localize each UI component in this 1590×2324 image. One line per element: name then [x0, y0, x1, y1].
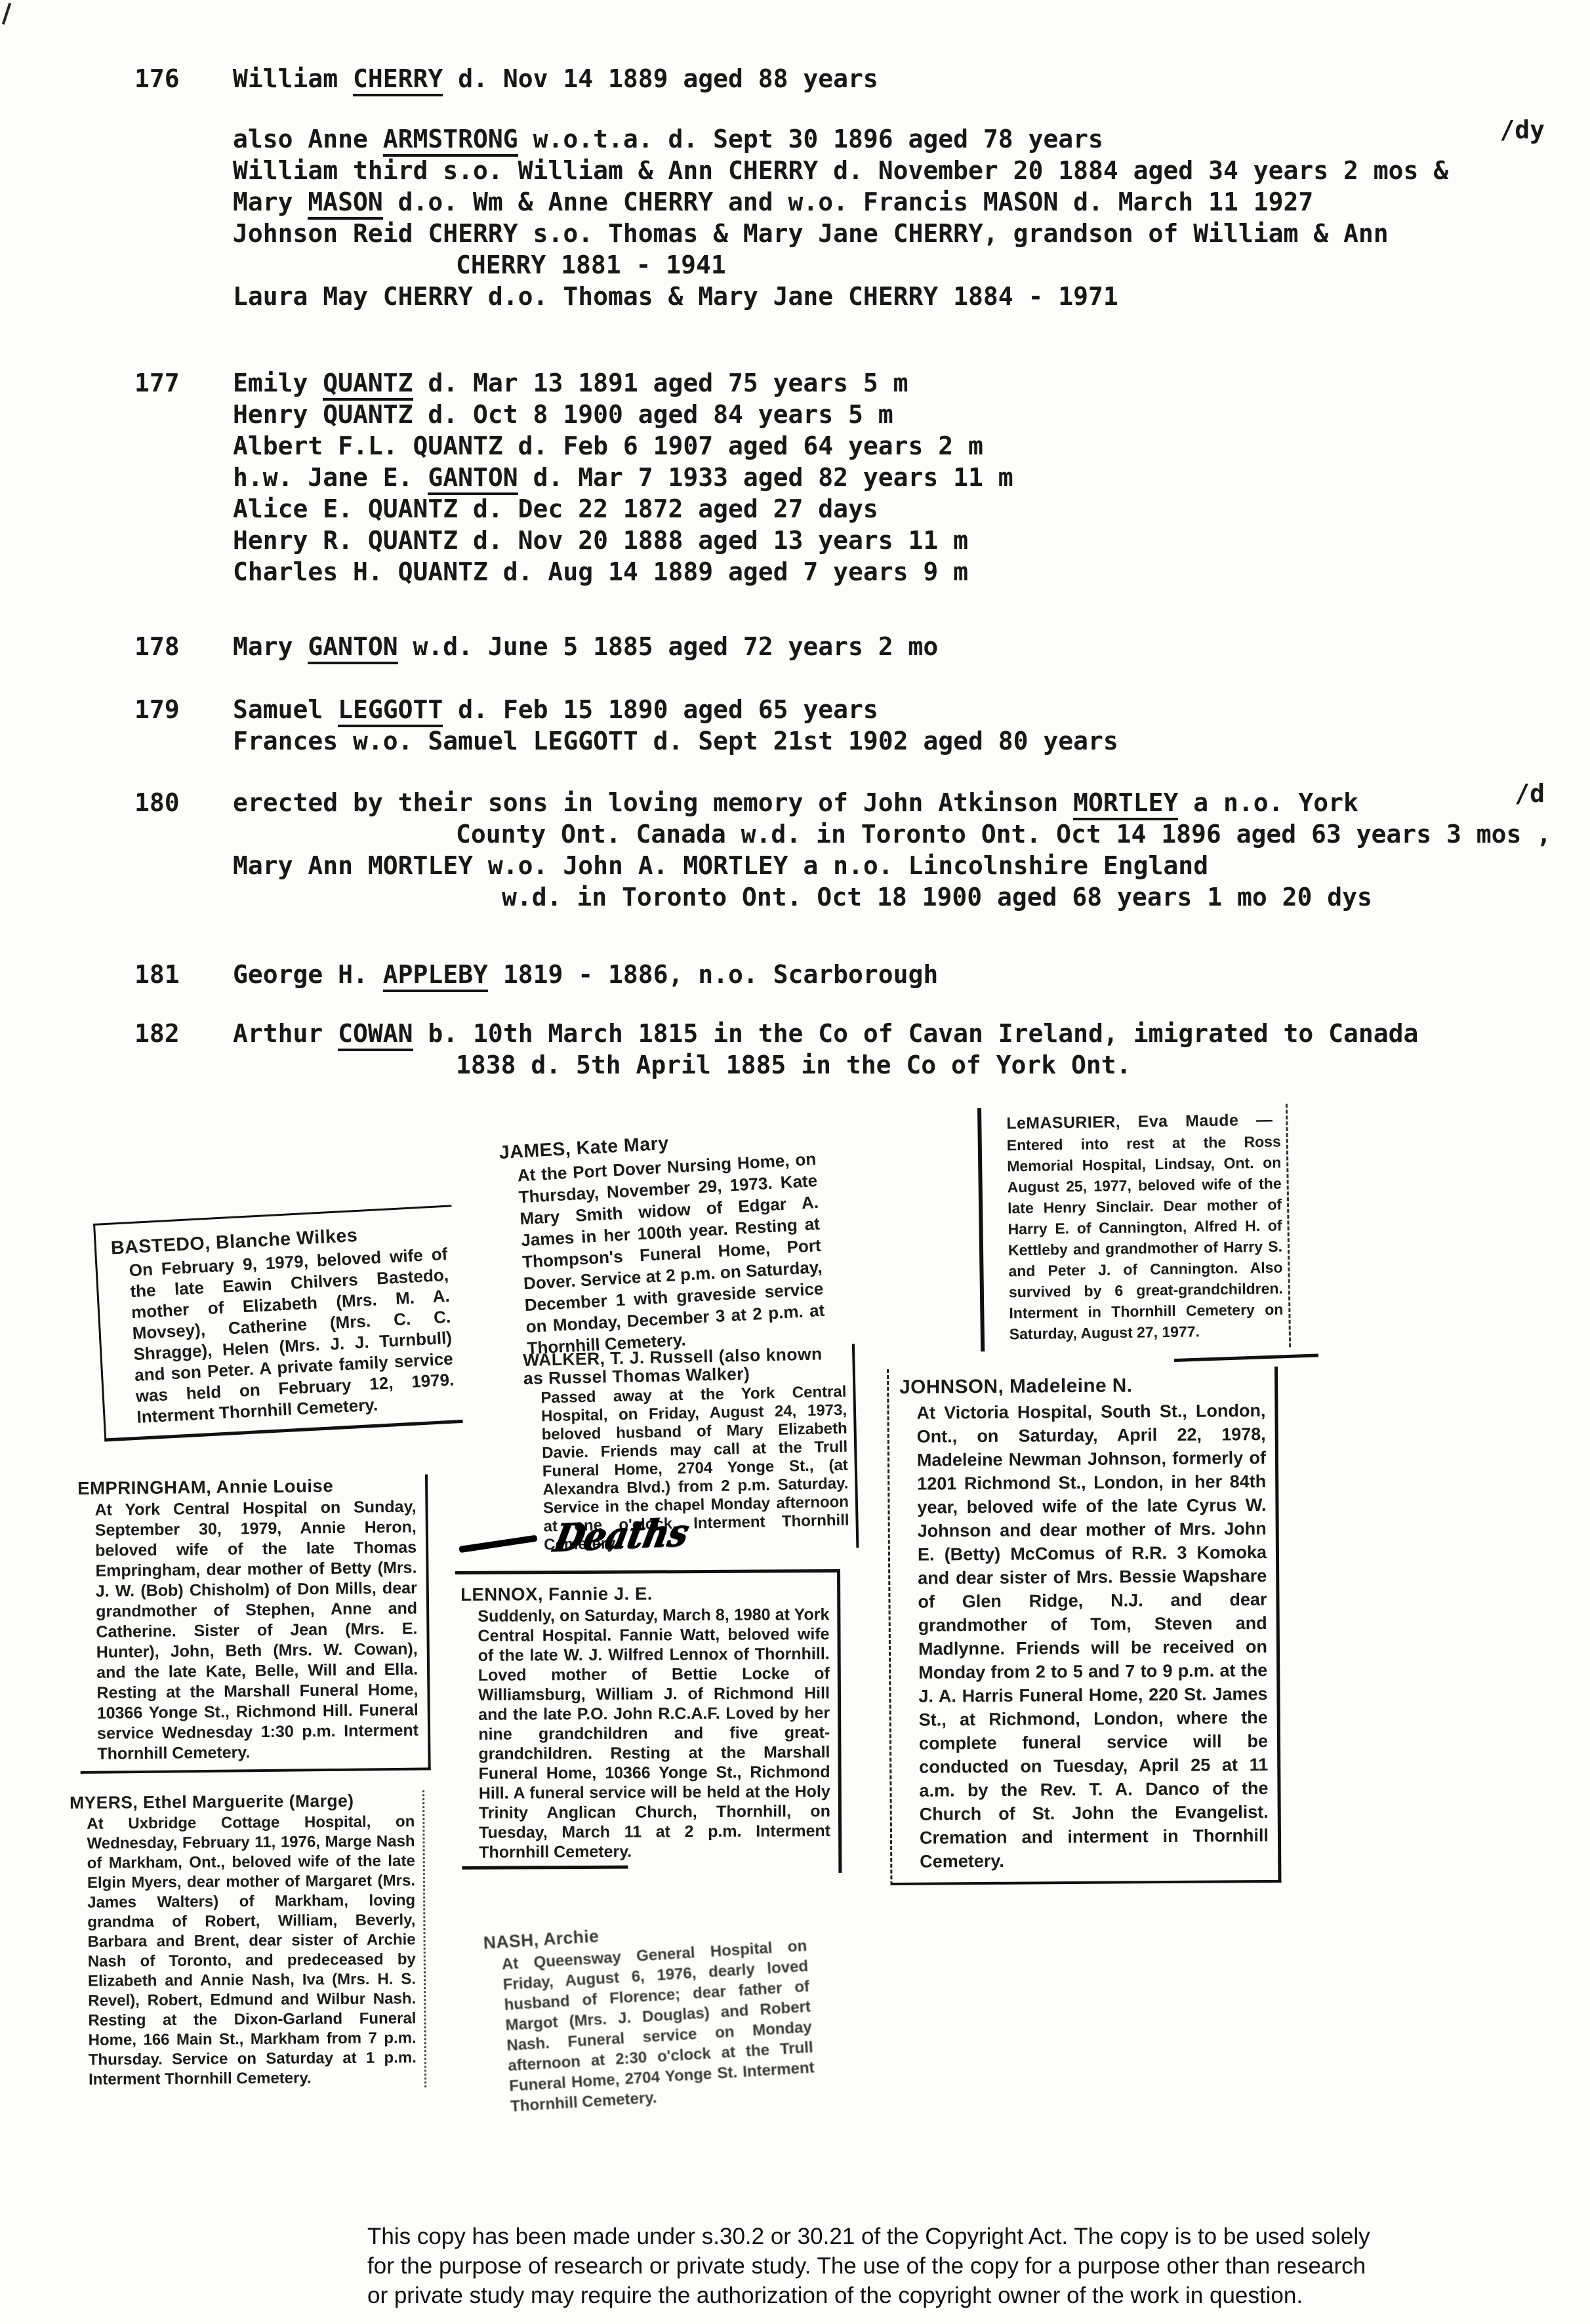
entry-text: Henry QUANTZ d. Oct 8 1900 aged 84 years…	[233, 400, 893, 429]
entry-text: CHERRY 1881 - 1941	[456, 250, 726, 279]
entry-number: 178	[134, 631, 180, 662]
deaths-section-header: Deaths	[458, 1513, 688, 1563]
obituary-clipping-lemasurier: LeMASURIER, Eva Maude —Entered into rest…	[977, 1104, 1291, 1352]
obituary-clipping-johnson: JOHNSON, Madeleine N. At Victoria Hospit…	[887, 1367, 1281, 1885]
transcription-line: w.d. in Toronto Ont. Oct 18 1900 aged 68…	[233, 881, 1571, 913]
transcription-line: erected by their sons in loving memory o…	[233, 787, 1571, 818]
underlined-surname: LEGGOTT	[338, 695, 443, 727]
entry-text: Alice E. QUANTZ d. Dec 22 1872 aged 27 d…	[233, 494, 878, 523]
transcription-line: CHERRY 1881 - 1941	[233, 249, 1571, 281]
entry-text: Emily	[233, 369, 323, 397]
obituary-clipping-james: JAMES, Kate Mary At the Port Dover Nursi…	[499, 1125, 826, 1360]
entry-text: Samuel	[233, 695, 338, 724]
underlined-surname: CHERRY	[353, 64, 443, 96]
entry-number: 181	[134, 959, 180, 990]
obituary-text: On February 9, 1979, beloved wife of the…	[112, 1243, 456, 1428]
underlined-surname: MORTLEY	[1073, 788, 1178, 820]
entry-text: George H.	[233, 960, 383, 989]
cemetery-transcription-entries: 176William CHERRY d. Nov 14 1889 aged 88…	[0, 0, 1590, 1115]
copyright-line: This copy has been made under s.30.2 or …	[367, 2222, 1522, 2251]
obituary-text: At Queensway General Hospital on Friday,…	[484, 1936, 816, 2118]
obituary-text: At York Central Hospital on Sunday, Sept…	[77, 1497, 418, 1765]
transcription-line: h.w. Jane E. GANTON d. Mar 7 1933 aged 8…	[233, 462, 1571, 493]
transcription-line: William CHERRY d. Nov 14 1889 aged 88 ye…	[233, 63, 1571, 94]
transcription-line: Emily QUANTZ d. Mar 13 1891 aged 75 year…	[233, 367, 1571, 399]
entry-text: d. Mar 7 1933 aged 82 years 11 m	[518, 463, 1013, 492]
entry-text: b. 10th March 1815 in the Co of Cavan Ir…	[413, 1019, 1419, 1048]
underlined-surname: COWAN	[338, 1019, 413, 1051]
transcription-line: Johnson Reid CHERRY s.o. Thomas & Mary J…	[233, 218, 1571, 249]
obituary-name: JOHNSON, Madeleine N.	[899, 1373, 1265, 1399]
transcription-line: Mary GANTON w.d. June 5 1885 aged 72 yea…	[233, 631, 1571, 662]
obituary-clipping-lennox: LENNOX, Fannie J. E. Suddenly, on Saturd…	[455, 1569, 842, 1875]
entry-text: d. Feb 15 1890 aged 65 years	[443, 695, 878, 724]
underlined-surname: QUANTZ	[323, 369, 413, 401]
entry-text: d. Mar 13 1891 aged 75 years 5 m	[413, 369, 908, 397]
entry-text: h.w. Jane E.	[233, 463, 428, 492]
obituary-name: MYERS, Ethel Marguerite (Marge)	[70, 1790, 415, 1813]
obituary-name: WALKER, T. J. Russell (also known as Rus…	[523, 1344, 846, 1388]
entry-text: Albert F.L. QUANTZ d. Feb 6 1907 aged 64…	[233, 431, 983, 460]
entry-text: w.o.t.a. d. Sept 30 1896 aged 78 years	[518, 125, 1103, 153]
entry-text: 1819 - 1886, n.o. Scarborough	[488, 960, 938, 989]
transcription-line: Frances w.o. Samuel LEGGOTT d. Sept 21st…	[233, 725, 1571, 757]
entry-number: 180	[134, 787, 180, 818]
margin-note: /dy	[1499, 114, 1545, 146]
entry-text: Mary Ann MORTLEY w.o. John A. MORTLEY a …	[233, 851, 1208, 880]
transcription-line: Mary MASON d.o. Wm & Anne CHERRY and w.o…	[233, 186, 1571, 218]
obituary-text: Suddenly, on Saturday, March 8, 1980 at …	[460, 1605, 830, 1862]
obituary-name: LeMASURIER, Eva Maude —	[1006, 1112, 1273, 1133]
transcription-line: Alice E. QUANTZ d. Dec 22 1872 aged 27 d…	[233, 493, 1571, 525]
obituary-clipping-empringham: EMPRINGHAM, Annie Louise At York Central…	[77, 1474, 431, 1774]
transcription-line: Henry R. QUANTZ d. Nov 20 1888 aged 13 y…	[233, 525, 1571, 556]
obituary-text: At Victoria Hospital, South St., London,…	[899, 1399, 1269, 1873]
obituary-clipping-nash: NASH, Archie At Queensway General Hospit…	[483, 1913, 816, 2118]
transcription-line: Henry QUANTZ d. Oct 8 1900 aged 84 years…	[233, 399, 1571, 430]
entry-text: Laura May CHERRY d.o. Thomas & Mary Jane…	[233, 282, 1118, 311]
transcription-line: Mary Ann MORTLEY w.o. John A. MORTLEY a …	[233, 850, 1571, 881]
copyright-line: for the purpose of research or private s…	[367, 2251, 1522, 2281]
obituary-text: At Uxbridge Cottage Hospital, on Wednesd…	[70, 1812, 417, 2090]
entry-number: 179	[134, 694, 180, 725]
obituary-text: LeMASURIER, Eva Maude —Entered into rest…	[1006, 1110, 1284, 1345]
entry-text: w.d. in Toronto Ont. Oct 18 1900 aged 68…	[502, 883, 1372, 912]
entry-text: Mary	[233, 632, 308, 661]
entry-text: William	[233, 64, 353, 93]
entry-text: Henry R. QUANTZ d. Nov 20 1888 aged 13 y…	[233, 526, 968, 555]
entry-text: w.d. June 5 1885 aged 72 years 2 mo	[398, 632, 939, 661]
margin-note: /d	[1515, 778, 1545, 809]
transcription-line: 1838 d. 5th April 1885 in the Co of York…	[233, 1049, 1571, 1081]
underlined-surname: APPLEBY	[383, 960, 488, 992]
clipping-edge-line	[462, 1866, 628, 1870]
entry-text: Arthur	[233, 1019, 338, 1048]
transcription-line: Albert F.L. QUANTZ d. Feb 6 1907 aged 64…	[233, 430, 1571, 462]
underlined-surname: MASON	[308, 188, 382, 220]
obituary-name: LENNOX, Fannie J. E.	[460, 1583, 829, 1605]
entry-text: Mary	[233, 188, 308, 216]
obituary-clipping-bastedo: BASTEDO, Blanche Wilkes On February 9, 1…	[93, 1205, 463, 1441]
copyright-notice: This copy has been made under s.30.2 or …	[367, 2222, 1522, 2310]
transcription-line: Laura May CHERRY d.o. Thomas & Mary Jane…	[233, 281, 1571, 312]
illegible-scribble	[459, 1535, 537, 1553]
entry-text: Johnson Reid CHERRY s.o. Thomas & Mary J…	[233, 219, 1389, 248]
transcription-line: Arthur COWAN b. 10th March 1815 in the C…	[233, 1018, 1571, 1049]
entry-text: Charles H. QUANTZ d. Aug 14 1889 aged 7 …	[233, 557, 968, 586]
copyright-line: or private study may require the authori…	[367, 2281, 1522, 2310]
entry-number: 182	[134, 1018, 180, 1049]
entry-number: 177	[134, 367, 180, 399]
entry-text: erected by their sons in loving memory o…	[233, 788, 1073, 817]
transcription-line: County Ont. Canada w.d. in Toronto Ont. …	[233, 818, 1571, 850]
entry-text: County Ont. Canada w.d. in Toronto Ont. …	[456, 820, 1551, 849]
entry-text: also Anne	[233, 125, 383, 153]
obituary-clipping-myers: MYERS, Ethel Marguerite (Marge) At Uxbri…	[70, 1790, 426, 2090]
underlined-surname: ARMSTRONG	[383, 125, 518, 157]
transcription-line: George H. APPLEBY 1819 - 1886, n.o. Scar…	[233, 959, 1571, 990]
obituary-text: At the Port Dover Nursing Home, on Thurs…	[500, 1148, 826, 1360]
scan-artifact-line	[1174, 1353, 1318, 1362]
underlined-surname: GANTON	[428, 463, 518, 495]
transcription-line: also Anne ARMSTRONG w.o.t.a. d. Sept 30 …	[233, 123, 1571, 155]
entry-text: d.o. Wm & Anne CHERRY and w.o. Francis M…	[383, 188, 1313, 216]
obituary-name: EMPRINGHAM, Annie Louise	[77, 1475, 416, 1498]
entry-text: a n.o. York	[1178, 788, 1358, 817]
entry-text: Frances w.o. Samuel LEGGOTT d. Sept 21st…	[233, 727, 1118, 755]
entry-text: William third s.o. William & Ann CHERRY …	[233, 156, 1448, 185]
transcription-line: Samuel LEGGOTT d. Feb 15 1890 aged 65 ye…	[233, 694, 1571, 725]
transcription-line: William third s.o. William & Ann CHERRY …	[233, 155, 1571, 186]
transcription-line: Charles H. QUANTZ d. Aug 14 1889 aged 7 …	[233, 556, 1571, 588]
underlined-surname: GANTON	[308, 632, 397, 664]
entry-number: 176	[134, 63, 180, 94]
entry-text: d. Nov 14 1889 aged 88 years	[443, 64, 878, 93]
entry-text: 1838 d. 5th April 1885 in the Co of York…	[456, 1051, 1131, 1079]
